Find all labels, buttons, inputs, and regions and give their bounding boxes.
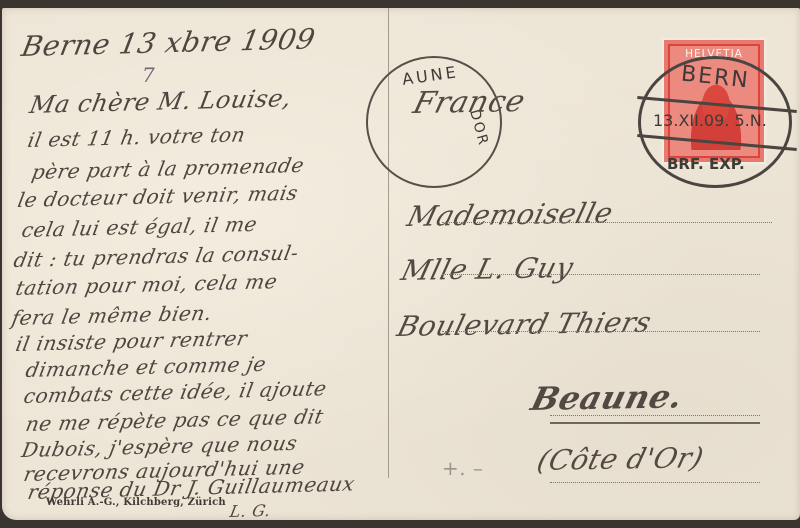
message-line: Ma chère M. Louise,	[27, 84, 293, 119]
message-line: il insiste pour rentrer	[14, 326, 250, 356]
address-dotted-rule	[442, 274, 760, 275]
arrival-postmark: AUNE DOR	[366, 56, 502, 188]
postcard: Berne 13 xbre 1909 7 Ma chère M. Louise,…	[2, 8, 800, 520]
message-line: dimanche et comme je	[24, 352, 269, 382]
country: France	[410, 84, 529, 121]
message-line: le docteur doit venir, mais	[16, 181, 300, 212]
address-city: Beaune.	[527, 377, 687, 418]
address-region: (Côte d'Or)	[534, 441, 707, 477]
address-dotted-rule	[550, 482, 760, 483]
address-line: Mlle L. Guy	[398, 251, 577, 287]
address-dotted-rule	[550, 415, 760, 416]
city-underline	[550, 422, 760, 424]
origin-postmark: BERN 13.XII.09. 5.N. BRF. EXP.	[638, 56, 792, 188]
pencil-mark: +. –	[442, 456, 483, 480]
origin-postmark-bottom: BRF. EXP.	[667, 155, 745, 173]
address-dotted-rule	[442, 222, 772, 223]
cancel-bar	[637, 134, 797, 151]
message-line: fera le même bien.	[10, 301, 214, 330]
origin-postmark-date: 13.XII.09. 5.N.	[653, 111, 767, 130]
message-line: dit : tu prendras la consul-	[12, 241, 301, 272]
message-line: tation pour moi, cela me	[14, 269, 280, 300]
address-dotted-rule	[442, 331, 760, 332]
signature: L. G.	[228, 501, 272, 521]
margin-mark: 7	[142, 63, 155, 87]
origin-postmark-top: BERN	[680, 61, 751, 93]
address-line: Mademoiselle	[404, 196, 617, 233]
printer-imprint: Wehrli A.-G., Kilchberg, Zürich	[46, 497, 226, 508]
date-line: Berne 13 xbre 1909	[19, 22, 318, 63]
message-line: il est 11 h. votre ton	[26, 122, 248, 152]
message-line: père part à la promenade	[30, 153, 307, 184]
message-line: combats cette idée, il ajoute	[22, 376, 329, 408]
message-line: cela lui est égal, il me	[20, 212, 260, 242]
address-line: Boulevard Thiers	[394, 306, 655, 343]
